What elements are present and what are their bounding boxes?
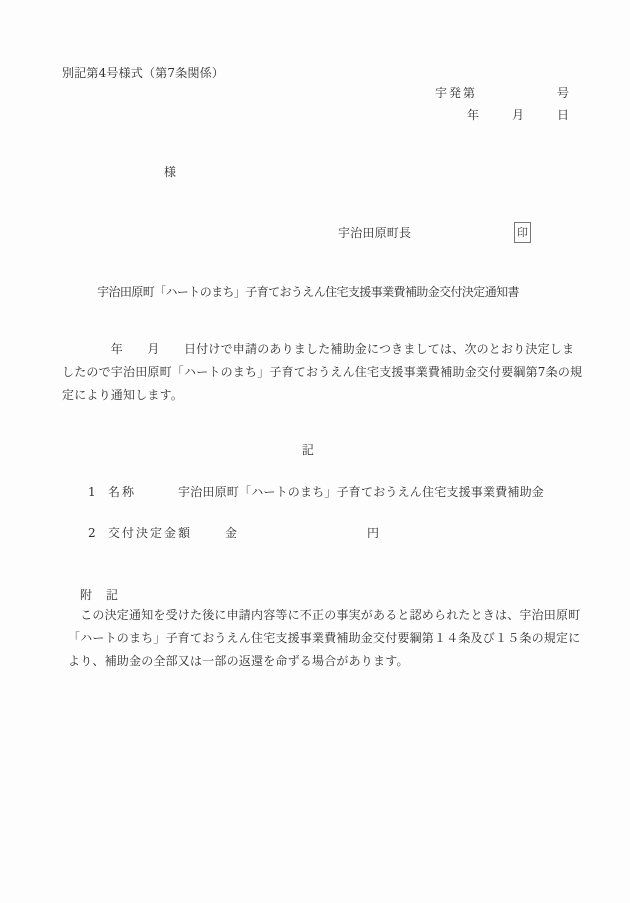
- item-label: 交付決定金額: [108, 526, 192, 540]
- doc-number-prefix-label: 宇発第: [435, 86, 477, 100]
- addressee-honorific: 様: [164, 165, 176, 179]
- item-number: 1: [88, 485, 96, 499]
- year-label: 年: [467, 108, 479, 122]
- day-label: 日: [557, 108, 569, 122]
- month-label: 月: [512, 108, 524, 122]
- sender-title: 宇治田原町長: [338, 226, 411, 240]
- body-line: 年 月 日付けで申請のありました補助金につきましては、次のとおり決定しま: [62, 342, 574, 356]
- seal-stamp-box: 印: [514, 222, 531, 243]
- doc-number-suffix-label: 号: [557, 86, 569, 100]
- list-heading: 記: [62, 443, 554, 457]
- appendix-line: この決定通知を受けた後に申請内容等に不正の事実があると認められたときは、宇治田原…: [68, 608, 580, 622]
- form-number-note: 別記第4号様式（第7条関係）: [62, 66, 224, 80]
- currency-prefix-label: 金: [225, 526, 237, 540]
- body-line: したので宇治田原町「ハートのまち」子育ておうえん住宅支援事業費補助金交付要綱第7…: [62, 365, 582, 379]
- currency-suffix-label: 円: [367, 526, 379, 540]
- item-number: 2: [88, 526, 96, 540]
- appendix-heading: 附 記: [80, 588, 119, 602]
- appendix-line: 「ハートのまち」子育ておうえん住宅支援事業費補助金交付要綱第１４条及び１５条の規…: [68, 631, 580, 645]
- document-title: 宇治田原町「ハートのまち」子育ておうえん住宅支援事業費補助金交付決定通知書: [62, 285, 554, 299]
- body-line: 定により通知します。: [62, 388, 183, 402]
- appendix-line: より、補助金の全部又は一部の返還を命ずる場合があります。: [68, 654, 409, 668]
- item-value: 宇治田原町「ハートのまち」子育ておうえん住宅支援事業費補助金: [178, 485, 544, 499]
- document-page: 別記第4号様式（第7条関係） 宇発第 号 年 月 日 様 宇治田原町長 印 宇治…: [0, 0, 630, 903]
- item-label: 名称: [108, 485, 136, 499]
